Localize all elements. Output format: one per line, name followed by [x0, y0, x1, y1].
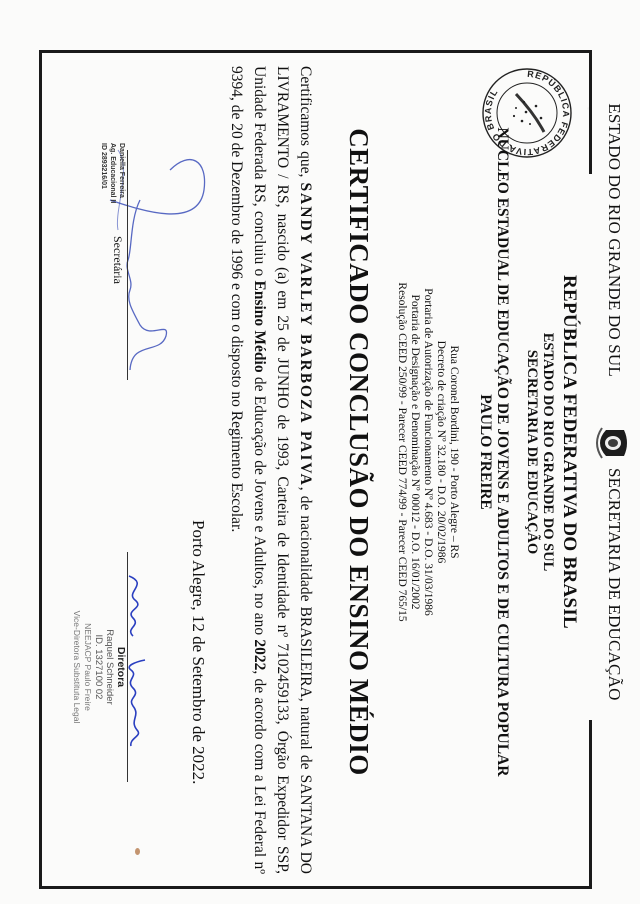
- secretary-signature-line: [127, 150, 128, 380]
- course-name: Ensino Médio: [251, 281, 268, 373]
- secretary-stamp: Daniella Ferreira Ag. Educacional II ID …: [99, 143, 126, 203]
- director-signature-line: [127, 552, 128, 782]
- certificate-title: CERTIFICADO CONCLUSÃO DO ENSINO MÉDIO: [343, 0, 374, 904]
- secretariat-heading: SECRETARIA DE EDUCAÇÃO: [524, 0, 540, 904]
- frame-border-bottom: [39, 50, 42, 889]
- nationality: BRASILEIRA: [297, 607, 314, 698]
- decree-line: Decreto de criação Nº 32.180 - D.O. 20/0…: [434, 0, 447, 904]
- id-number: 7102459133: [274, 643, 291, 721]
- completion-year: 2022: [251, 639, 268, 670]
- student-name: SANDY VARLEY BARBOZA PAIVA: [297, 182, 314, 486]
- institution-heading-line2: PAULO FREIRE: [476, 0, 494, 904]
- resolution-line: Resolução CEED 250/99 - Parecer CEED 774…: [395, 0, 408, 904]
- place-and-date: Porto Alegre, 12 de Setembro de 2022.: [188, 520, 208, 784]
- secretariat-name: SECRETARIA DE EDUCAÇÃO: [604, 468, 624, 701]
- director-stamp: Diretora Raquel Schneider ID. 1327100 02…: [71, 552, 126, 782]
- secretary-role: Secretária: [110, 236, 125, 284]
- institution-heading: NÚCLEO ESTADUAL DE EDUCAÇÃO DE JOVENS E …: [494, 0, 510, 904]
- certificate-body: Certificamos que, SANDY VARLEY BARBOZA P…: [225, 66, 317, 874]
- id-issuer: SSP: [274, 846, 291, 870]
- certificate-page: ESTADO DO RIO GRANDE DO SUL SECRETARIA D…: [0, 0, 640, 904]
- top-header: ESTADO DO RIO GRANDE DO SUL SECRETARIA D…: [592, 0, 632, 904]
- rs-state-coat-of-arms-icon: [594, 426, 630, 460]
- state-heading: ESTADO DO RIO GRANDE DO SUL: [540, 0, 556, 904]
- authorization-line: Portaria de Autorização de Funcionamento…: [421, 0, 434, 904]
- birth-date: 25 de JUNHO de 1993: [274, 315, 291, 466]
- state-name: ESTADO DO RIO GRANDE DO SUL: [604, 103, 624, 377]
- republic-heading: REPÚBLICA FEDERATIVA DO BRASIL: [558, 0, 580, 904]
- designation-line: Portaria de Designação e Denominação Nº …: [408, 0, 421, 904]
- ink-stain: [135, 848, 140, 855]
- address-line: Rua Coronel Bordini, 190 - Porto Alegre …: [447, 0, 460, 904]
